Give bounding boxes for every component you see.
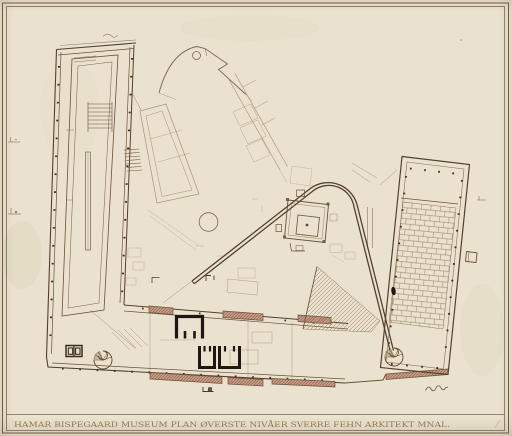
- scale-mark-block: [208, 387, 212, 391]
- plan-svg: HAMAR BISPEGAARD MUSEUM PLAN ØVERSTE NIV…: [0, 0, 512, 436]
- drawing-sheet: HAMAR BISPEGAARD MUSEUM PLAN ØVERSTE NIV…: [0, 0, 512, 436]
- paper-stain: [460, 284, 504, 376]
- paper-stain: [180, 15, 320, 41]
- paper-speck: [15, 211, 17, 213]
- pavilion-center-post: [306, 224, 309, 227]
- paper-speck: [460, 39, 462, 41]
